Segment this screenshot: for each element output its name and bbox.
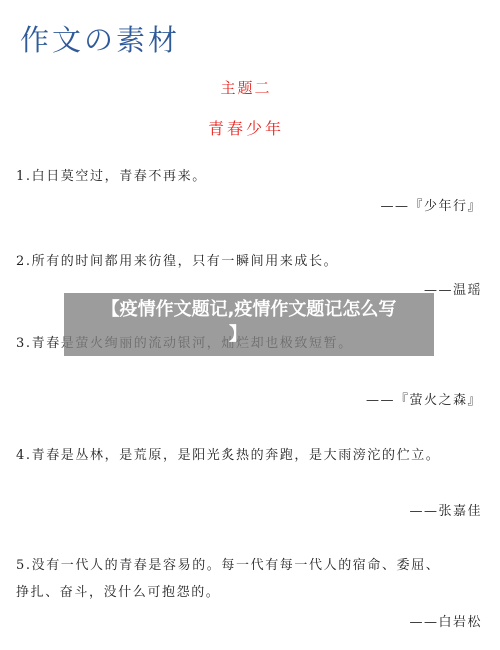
quote-source: ——『萤火之森』 [366, 389, 482, 408]
quote-text: 2.所有的时间都用来彷徨，只有一瞬间用来成长。 [16, 250, 338, 269]
article-title-link[interactable]: 【疫情作文题记,疫情作文题记怎么写 】 [64, 296, 434, 346]
quote-text-continued: 挣扎、奋斗，没什么可抱怨的。 [16, 581, 220, 600]
quote-source: ——白岩松 [409, 611, 482, 630]
page-title: 作文の素材 [20, 18, 180, 59]
quote-source: ——『少年行』 [380, 195, 482, 214]
quote-text: 5.没有一代人的青春是容易的。每一代有每一代人的宿命、委屈、 [16, 554, 440, 573]
article-title-line1: 【疫情作文题记,疫情作文题记怎么写 [64, 296, 434, 324]
quote-text: 1.白日莫空过，青春不再来。 [16, 165, 207, 184]
theme-label: 主题二 [0, 77, 496, 98]
quote-source: ——张嘉佳 [409, 500, 482, 519]
quote-text: 4.青春是丛林，是荒原，是阳光炙热的奔跑，是大雨滂沱的伫立。 [16, 444, 440, 463]
theme-name: 青春少年 [0, 116, 496, 139]
article-title-line2: 】 [64, 324, 434, 346]
